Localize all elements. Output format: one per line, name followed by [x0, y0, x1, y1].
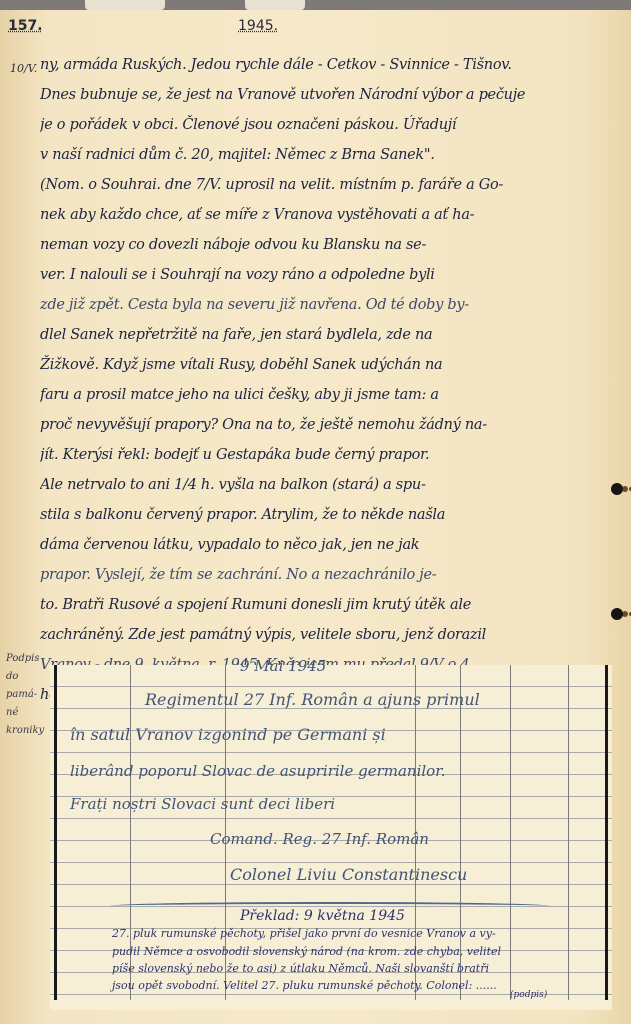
- text-line: zachráněný. Zde jest památný výpis, veli…: [40, 620, 610, 650]
- text-line: Žižkově. Když jsme vítali Rusy, doběhl S…: [40, 350, 610, 380]
- romanian-line: liberând poporul Slovac de asupririle ge…: [70, 762, 446, 780]
- translation-signature-note: (podpis): [510, 990, 547, 1000]
- translation-title: Překlad: 9 května 1945: [240, 908, 405, 924]
- text-line: zde již zpět. Cesta byla na severu již n…: [40, 290, 610, 320]
- translation-line: 27. pluk rumunské pěchoty, přišel jako p…: [112, 927, 496, 940]
- romanian-line: Frați noștri Slovaci sunt deci liberi: [70, 795, 335, 813]
- translation-line: pudil Němce a osvobodil slovenský národ …: [112, 945, 501, 958]
- entry-date-margin: 10/V.: [10, 62, 37, 75]
- margin-note-word: do: [6, 668, 46, 686]
- text-line: jít. Kterýsi řekl: bodejť u Gestapáka bu…: [40, 440, 610, 470]
- margin-note-word: né: [6, 704, 46, 722]
- text-line: stila s balkonu červený prapor. Atrylim,…: [40, 500, 610, 530]
- text-line: (Nom. o Souhrai. dne 7/V. uprosil na vel…: [40, 170, 610, 200]
- inserted-ruled-sheet: 9 Mai 1945 Regimentul 27 Inf. Român a aj…: [50, 665, 612, 1010]
- text-line: ver. I nalouli se i Souhrají na vozy rán…: [40, 260, 610, 290]
- column-rule: [568, 665, 569, 1000]
- margin-note: Podpis do pamá- né kroniky: [6, 650, 46, 740]
- colonel-signature: Colonel Liviu Constantinescu: [230, 865, 467, 884]
- chronicle-page: 157. 1945. 10/V. ny, armáda Ruských. Jed…: [0, 10, 631, 1024]
- text-line: v naší radnici dům č. 20, majitel: Němec…: [40, 140, 610, 170]
- text-line: prapor. Vyslejí, že tím se zachrání. No …: [40, 560, 610, 590]
- column-rule: [510, 665, 511, 1000]
- margin-note-word: kroniky: [6, 722, 46, 740]
- romanian-line: în satul Vranov izgonind pe Germani și: [70, 725, 386, 744]
- text-line: Dnes bubnuje se, že jest na Vranově utvo…: [40, 80, 610, 110]
- text-line: Ale netrvalo to ani 1/4 h. vyšla na balk…: [40, 470, 610, 500]
- chronicle-text: ny, armáda Ruských. Jedou rychle dále - …: [40, 50, 610, 710]
- text-line: neman vozy co dovezli náboje odvou ku Bl…: [40, 230, 610, 260]
- text-line: nek aby každo chce, ať se míře z Vranova…: [40, 200, 610, 230]
- text-line: je o pořádek v obci. Členové jsou označe…: [40, 110, 610, 140]
- text-line: ny, armáda Ruských. Jedou rychle dále - …: [40, 50, 610, 80]
- column-rule: [605, 665, 608, 1000]
- binding-hole: [611, 608, 623, 620]
- translation-line: jsou opět svobodní. Velitel 27. pluku ru…: [112, 979, 497, 992]
- sheet-date: 9 Mai 1945: [240, 657, 326, 675]
- binding-strap: [245, 0, 305, 10]
- margin-note-word: pamá-: [6, 686, 46, 704]
- page-year-heading: 1945.: [238, 18, 278, 34]
- text-line: to. Bratři Rusové a spojení Rumuni dones…: [40, 590, 610, 620]
- binding-hole: [611, 483, 623, 495]
- text-line: faru a prosil matce jeho na ulici češky,…: [40, 380, 610, 410]
- page-number: 157.: [8, 18, 43, 34]
- margin-note-word: Podpis: [6, 650, 46, 668]
- romanian-line: Regimentul 27 Inf. Român a ajuns primul: [145, 690, 480, 709]
- text-line: dáma červenou látku, vypadalo to něco ja…: [40, 530, 610, 560]
- commander-signature: Comand. Reg. 27 Inf. Român: [210, 830, 429, 848]
- binding-strap: [85, 0, 165, 10]
- translation-line: píše slovenský nebo že to asi) z útlaku …: [112, 962, 489, 975]
- column-rule: [54, 665, 57, 1000]
- text-line: proč nevyvěšují prapory? Ona na to, že j…: [40, 410, 610, 440]
- text-line: dlel Sanek nepřetržitě na faře, jen star…: [40, 320, 610, 350]
